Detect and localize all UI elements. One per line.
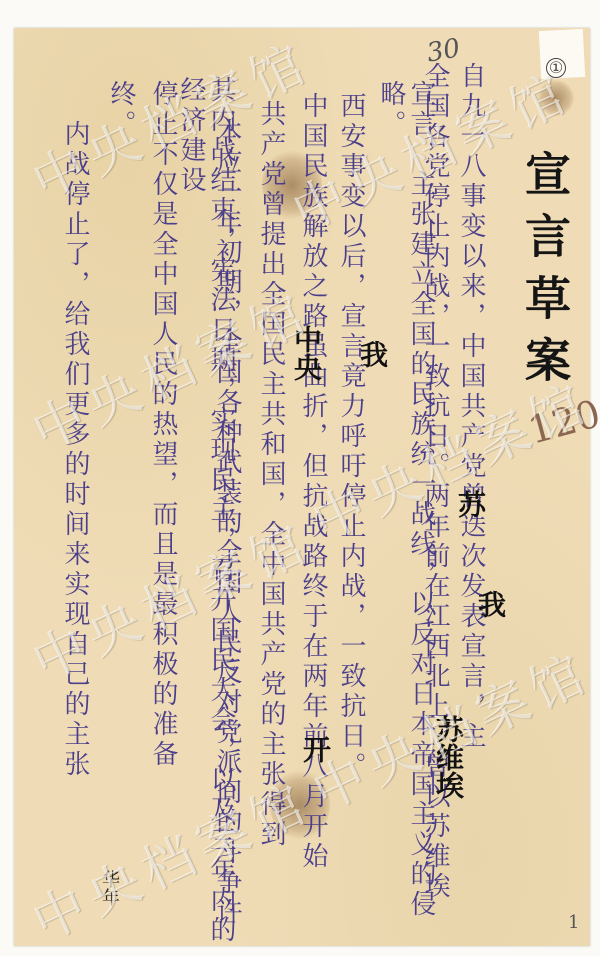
text-column: 宣言，主张建立全国的民族统一战线，以反对日本帝国主义的侵略。 [376, 80, 436, 956]
stain-top-hole [538, 80, 574, 116]
ink-edit: 我 [470, 590, 510, 618]
text-column: 其内战结束，宪法日期，实现民主，召开国民大会，以及三年内的经济建设 [176, 76, 236, 956]
text-column: 停止不仅是全中国人民的热望，而且是最积极的准备 [148, 80, 178, 770]
text-column: 共产党曾提出全国民主共和国，全中国共产党的主张得到 [256, 100, 286, 850]
ink-edit: 开 [295, 735, 335, 763]
text-column: 自九一八事变以来，中国共产党曾迭次发表宣言，主 [456, 62, 486, 752]
corner-mark: 1 [568, 912, 579, 933]
text-column: 西安事变以后，宣言竟力呼吁停止内战，一致抗日。 [336, 92, 366, 782]
ink-edit: 中央 [286, 325, 326, 381]
document-title: 宣言草案 [512, 150, 578, 398]
text-column: 内战停止了，给我们更多的时间来实现自己的主张 [60, 120, 90, 780]
text-column: 终。 [106, 80, 136, 140]
ink-edit: 我 [352, 340, 392, 368]
ink-edit: 苏维埃 [428, 715, 468, 799]
ink-edit: 苏 [450, 490, 490, 518]
signature: 华年 [96, 870, 122, 906]
circled-number: ① [546, 58, 566, 78]
